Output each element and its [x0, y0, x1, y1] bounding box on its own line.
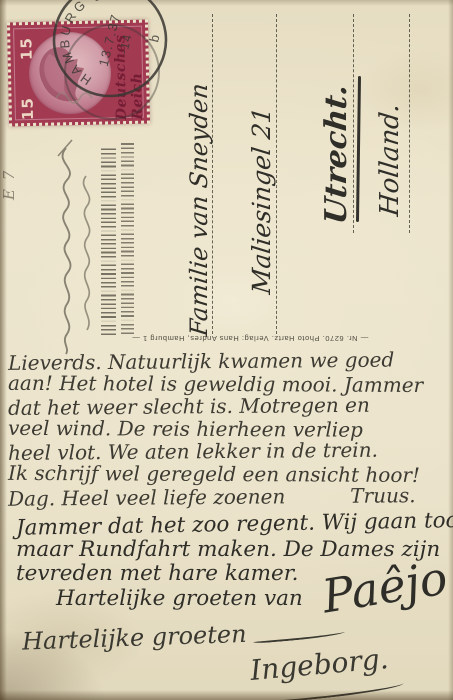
stamp-value-bottom: 15 [18, 94, 36, 120]
address-rule-4 [409, 14, 410, 233]
address-line-city: Utrecht. [317, 74, 354, 226]
stamp-medallion [28, 31, 112, 115]
pencil-note: E 7 [0, 146, 20, 200]
postage-stamp: Deutsches Reich 15 15 [7, 20, 150, 127]
address-line-street: Maliesingel 21 [243, 76, 276, 295]
pen-flourish [253, 630, 345, 644]
signature-ingeborg: Ingeborg. [249, 642, 390, 687]
utrecht-hand-underline [356, 76, 361, 222]
address-line-name: Familie van Sneyden [181, 56, 213, 337]
postmark-letter: b [146, 33, 162, 44]
postcard-back: Deutsches Reich 15 15 HAMBURG 1 13.7.37 … [0, 0, 453, 700]
message-line: Dag. Heel veel liefe zoenen Truus. [8, 484, 416, 510]
stamp-value-top: 15 [17, 34, 35, 60]
message-block-first-hand: Lieverds. Natuurlijk kwamen we goed aan!… [8, 350, 451, 508]
publisher-imprint: — Nr. 6270. Photo Hartz. Verlag: Hans An… [53, 331, 447, 343]
hindenburg-profile-icon [28, 31, 112, 115]
slogan-cancel-bar [121, 142, 134, 334]
stamp-country-label: Deutsches Reich [117, 32, 141, 120]
address-rule-2 [276, 14, 277, 334]
message-line: aan! Het hotel is geweldig mooi. Jammer [8, 371, 451, 396]
message-line-text: Dag. Heel veel liefe zoenen [8, 485, 285, 510]
address-line-country: Holland. [371, 76, 405, 218]
pencil-scribble [50, 136, 104, 356]
greeting-text: Hartelijke groeten [22, 620, 247, 656]
slogan-cancel-bar [101, 146, 116, 335]
message-line: maar Rundfahrt maken. De Dames zijn [16, 538, 451, 563]
signature-truus: Truus. [350, 484, 415, 507]
